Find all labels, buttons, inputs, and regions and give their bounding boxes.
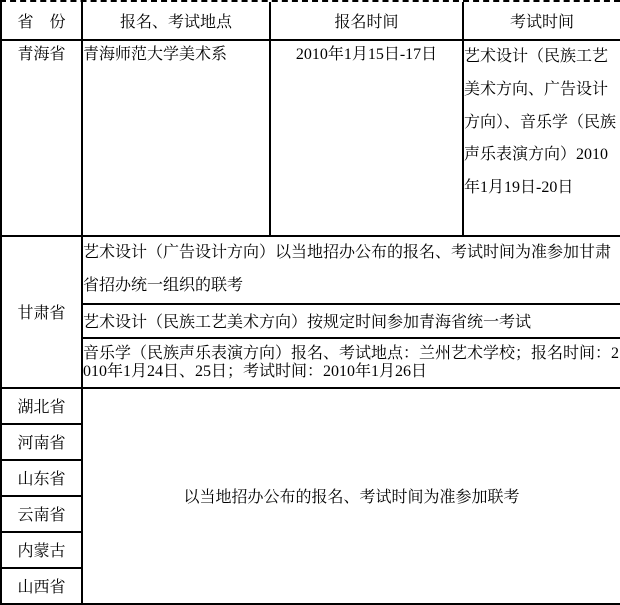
- qinghai-reg-time-cell: 2010年1月15日-17日: [270, 40, 463, 236]
- table-top-dashed-border: 省 份 报名、考试地点 报名时间 考试时间 青海省 青海师范大学美术系 2010…: [0, 0, 620, 605]
- qinghai-row: 青海省 青海师范大学美术系 2010年1月15日-17日 艺术设计（民族工艺美术…: [1, 40, 620, 236]
- joint-note-cell: 以当地招办公布的报名、考试时间为准参加联考: [82, 388, 620, 604]
- table-header-row: 省 份 报名、考试地点 报名时间 考试时间: [1, 2, 620, 40]
- document-page: 省 份 报名、考试地点 报名时间 考试时间 青海省 青海师范大学美术系 2010…: [0, 0, 620, 605]
- gansu-row-1-cell: 艺术设计（广告设计方向）以当地招办公布的报名、考试时间为准参加甘肃省招办统一组织…: [82, 236, 620, 304]
- header-location: 报名、考试地点: [82, 2, 270, 40]
- gansu-row-2-cell: 艺术设计（民族工艺美术方向）按规定时间参加青海省统一考试: [82, 304, 620, 338]
- joint-province-row-hubei: 湖北省 以当地招办公布的报名、考试时间为准参加联考: [1, 388, 620, 424]
- province-cell-yunnan: 云南省: [1, 496, 82, 532]
- gansu-province-cell: 甘肃省: [1, 236, 82, 388]
- gansu-row-3: 音乐学（民族声乐表演方向）报名、考试地点：兰州艺术学校；报名时间：2010年1月…: [1, 338, 620, 388]
- qinghai-exam-time-cell: 艺术设计（民族工艺美术方向、广告设计方向）、音乐学（民族声乐表演方向）2010年…: [463, 40, 620, 236]
- province-cell-hubei: 湖北省: [1, 388, 82, 424]
- gansu-row-3-cell: 音乐学（民族声乐表演方向）报名、考试地点：兰州艺术学校；报名时间：2010年1月…: [82, 338, 620, 388]
- header-exam-time: 考试时间: [463, 2, 620, 40]
- gansu-row-2: 艺术设计（民族工艺美术方向）按规定时间参加青海省统一考试: [1, 304, 620, 338]
- exam-schedule-table: 省 份 报名、考试地点 报名时间 考试时间 青海省 青海师范大学美术系 2010…: [0, 2, 620, 605]
- qinghai-province-cell: 青海省: [1, 40, 82, 236]
- province-cell-shandong: 山东省: [1, 460, 82, 496]
- province-cell-shanxi: 山西省: [1, 568, 82, 604]
- province-cell-henan: 河南省: [1, 424, 82, 460]
- province-cell-neimenggu: 内蒙古: [1, 532, 82, 568]
- header-province: 省 份: [1, 2, 82, 40]
- gansu-row-1: 甘肃省 艺术设计（广告设计方向）以当地招办公布的报名、考试时间为准参加甘肃省招办…: [1, 236, 620, 304]
- header-reg-time: 报名时间: [270, 2, 463, 40]
- qinghai-location-cell: 青海师范大学美术系: [82, 40, 270, 236]
